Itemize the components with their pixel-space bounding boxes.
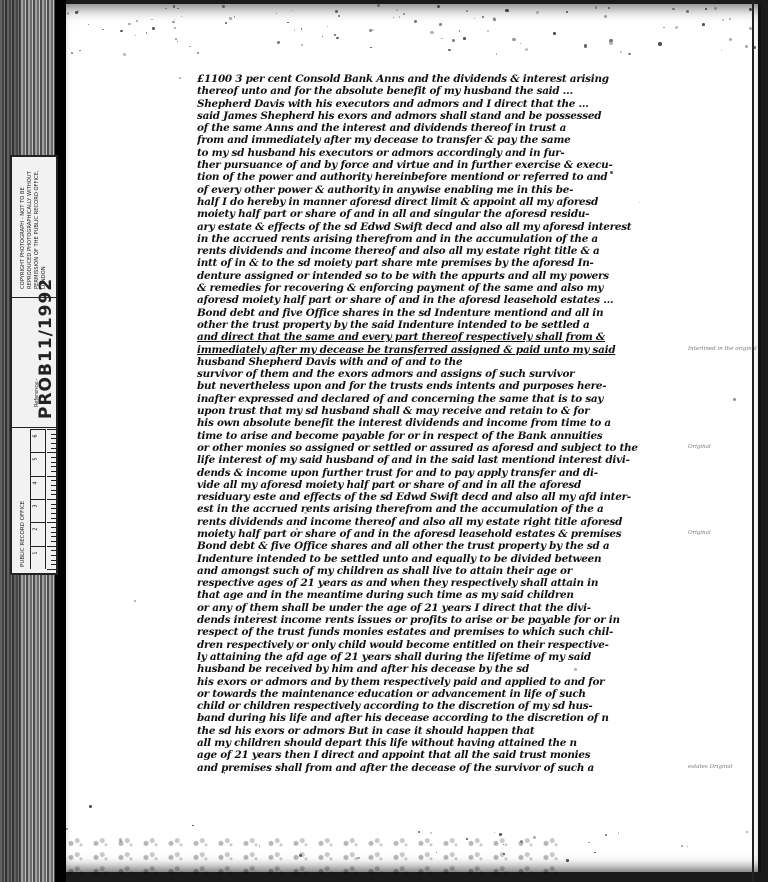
text-line: rents dividends and income thereof and a… bbox=[197, 516, 692, 528]
text-line: rents dividends and income thereof and a… bbox=[197, 245, 692, 257]
text-line: dends interest income rents issues or pr… bbox=[197, 614, 692, 626]
text-line: dren respectively or only child would be… bbox=[197, 639, 692, 651]
text-line: ary estate & effects of the sd Edwd Swif… bbox=[197, 221, 692, 233]
text-line: or towards the maintenance education or … bbox=[197, 688, 692, 700]
text-line: said James Shepherd his exors and admors… bbox=[197, 110, 692, 122]
text-line: Bond debt & five Office shares and all o… bbox=[197, 540, 692, 552]
text-line: band during his life and after his decea… bbox=[197, 712, 692, 724]
text-line: that age and in the meantime during such… bbox=[197, 589, 692, 601]
text-line: intt of in & to the sd moiety part share… bbox=[197, 257, 692, 269]
will-text-block: £1100 3 per cent Consold Bank Anns and t… bbox=[197, 73, 692, 774]
text-line: tion of the power and authority hereinbe… bbox=[197, 171, 692, 183]
margin-note: Interlined in the original bbox=[688, 346, 757, 352]
text-line: of every other power & authority in anyw… bbox=[197, 184, 692, 196]
text-line: his own absolute benefit the interest di… bbox=[197, 417, 692, 429]
text-line: residuary este and effects of the sd Edw… bbox=[197, 491, 692, 503]
text-line: aforesd moiety half part or share of and… bbox=[197, 294, 692, 306]
text-line: age of 21 years then I direct and appoin… bbox=[197, 749, 692, 761]
text-line: Indenture intended to be settled unto an… bbox=[197, 553, 692, 565]
text-line: all my children should depart this life … bbox=[197, 737, 692, 749]
ruler-ticks bbox=[46, 429, 56, 569]
text-line: child or children respectively according… bbox=[197, 700, 692, 712]
margin-note: estates Original bbox=[688, 764, 732, 770]
text-line: moiety half part or share of and in the … bbox=[197, 528, 692, 540]
text-line: & remedies for recovering & enforcing pa… bbox=[197, 282, 692, 294]
text-line: ly attaining the afd age of 21 years sha… bbox=[197, 651, 692, 663]
scale-number: 3 bbox=[33, 504, 39, 507]
text-line: and direct that the same and every part … bbox=[197, 331, 692, 343]
text-line: from and immediately after my decease to… bbox=[197, 134, 692, 146]
text-line: Bond debt and five Office shares in the … bbox=[197, 307, 692, 319]
text-line: other the trust property by the said Ind… bbox=[197, 319, 692, 331]
text-line: respective ages of 21 years as and when … bbox=[197, 577, 692, 589]
text-line: immediately after my decease be transfer… bbox=[197, 344, 692, 356]
text-line: and amongst such of my children as shall… bbox=[197, 565, 692, 577]
text-line: but nevertheless upon and for the trusts… bbox=[197, 380, 692, 392]
text-line: husband Shepherd Davis with and of and t… bbox=[197, 356, 692, 368]
public-record-office-label: COPYRIGHT PHOTOGRAPH - NOT TO BE REPRODU… bbox=[10, 155, 58, 575]
page-edge-rule bbox=[752, 0, 754, 882]
text-line: his exors or admors and by them respecti… bbox=[197, 676, 692, 688]
text-line: moiety half part or share of and in all … bbox=[197, 208, 692, 220]
text-line: survivor of them and the exors admors an… bbox=[197, 368, 692, 380]
scale-number: 2 bbox=[33, 528, 39, 531]
text-line: life interest of my said husband of and … bbox=[197, 454, 692, 466]
text-line: thereof unto and for the absolute benefi… bbox=[197, 85, 692, 97]
text-line: est in the accrued rents arising therefr… bbox=[197, 503, 692, 515]
text-line: in the accrued rents arising therefrom a… bbox=[197, 233, 692, 245]
office-name: PUBLIC RECORD OFFICE bbox=[20, 501, 26, 567]
text-line: of the same Anns and the interest and di… bbox=[197, 122, 692, 134]
centimetre-scale: 123456 bbox=[30, 429, 46, 569]
text-line: dends & income upon further trust for an… bbox=[197, 467, 692, 479]
text-line: or other monies so assigned or settled o… bbox=[197, 442, 692, 454]
text-line: or any of them shall be under the age of… bbox=[197, 602, 692, 614]
text-line: to my sd husband his executors or admors… bbox=[197, 147, 692, 159]
scale-number: 1 bbox=[33, 551, 39, 554]
text-line: respect of the trust funds monies estate… bbox=[197, 626, 692, 638]
scan-noise bbox=[66, 835, 566, 875]
scale-number: 6 bbox=[33, 434, 39, 437]
reference-number: PROB11/1992 bbox=[36, 278, 56, 419]
text-line: Shepherd Davis with his executors and ad… bbox=[197, 98, 692, 110]
scale-number: 5 bbox=[33, 458, 39, 461]
text-line: and premises shall from and after the de… bbox=[197, 762, 692, 774]
copyright-notice: COPYRIGHT PHOTOGRAPH - NOT TO BE REPRODU… bbox=[20, 164, 48, 289]
text-line: half I do hereby in manner aforesd direc… bbox=[197, 196, 692, 208]
text-line: vide all my aforesd moiety half part or … bbox=[197, 479, 692, 491]
text-line: inafter expressed and declared of and co… bbox=[197, 393, 692, 405]
text-line: husband be received by him and after his… bbox=[197, 663, 692, 675]
text-line: £1100 3 per cent Consold Bank Anns and t… bbox=[197, 73, 692, 85]
text-line: upon trust that my sd husband shall & ma… bbox=[197, 405, 692, 417]
text-line: the sd his exors or admors But in case i… bbox=[197, 725, 692, 737]
margin-note: Original bbox=[688, 530, 711, 536]
text-line: time to arise and become payable for or … bbox=[197, 430, 692, 442]
scale-number: 4 bbox=[33, 481, 39, 484]
text-line: ther pursuance of and by force and virtu… bbox=[197, 159, 692, 171]
margin-note: Original bbox=[688, 444, 711, 450]
text-line: denture assigned or intended so to be wi… bbox=[197, 270, 692, 282]
